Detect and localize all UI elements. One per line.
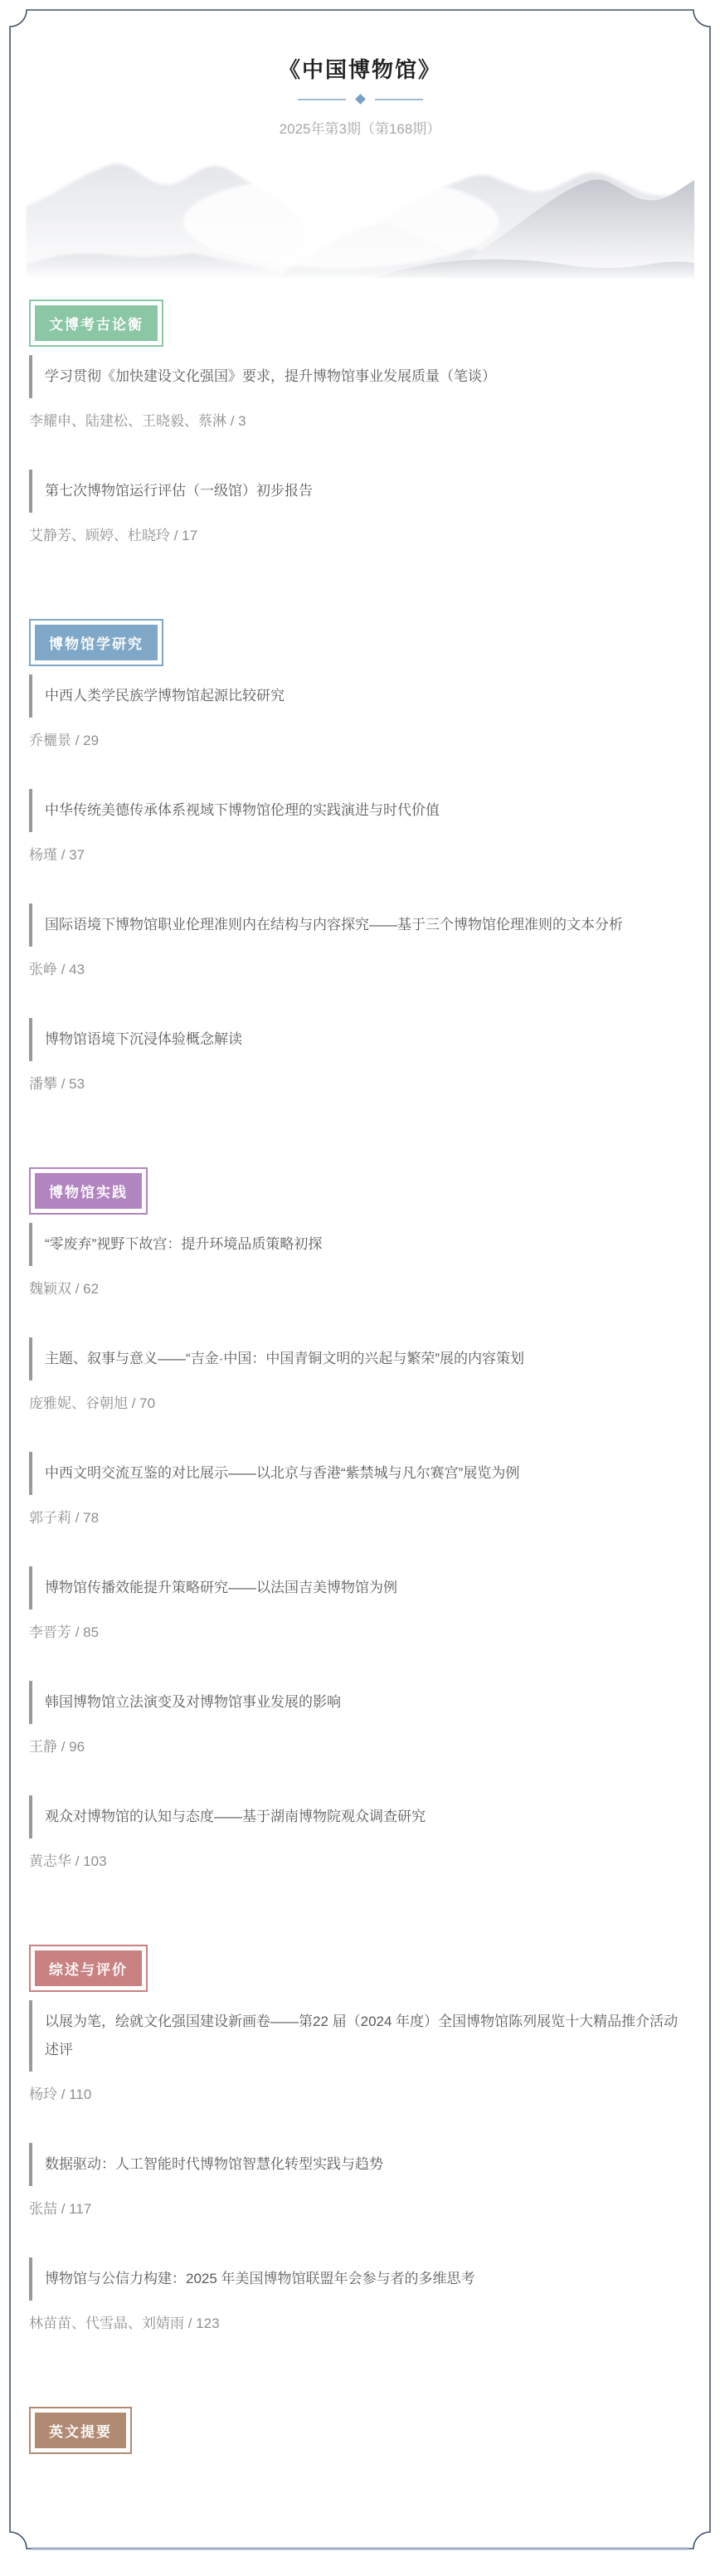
section-museology-research: 博物馆学研究 中西人类学民族学博物馆起源比较研究 乔欐景 / 29 中华传统美德… (29, 619, 691, 1094)
article-authors: 杨瑾 / 37 (29, 845, 691, 865)
section-badge-label: 文博考古论衡 (35, 305, 158, 341)
article-authors: 乔欐景 / 29 (29, 731, 691, 751)
article-title: 博物馆传播效能提升策略研究——以法国吉美博物馆为例 (29, 1566, 691, 1609)
toc-article: 学习贯彻《加快建设文化强国》要求，提升博物馆事业发展质量（笔谈） 李耀申、陆建松… (29, 355, 691, 431)
section-badge-review-evaluation: 综述与评价 (29, 1945, 148, 1992)
toc-article: 观众对博物馆的认知与态度——基于湖南博物院观众调查研究 黄志华 / 103 (29, 1795, 691, 1872)
mountain-artwork (26, 135, 694, 278)
article-authors: 张峥 / 43 (29, 960, 691, 980)
journal-header: 《中国博物馆》 2025年第3期（第168期） (0, 53, 720, 138)
article-authors: 林苗苗、代雪晶、刘婧雨 / 123 (29, 2314, 691, 2334)
article-authors: 魏颖双 / 62 (29, 1279, 691, 1299)
article-title: 博物馆语境下沉浸体验概念解读 (29, 1018, 691, 1061)
article-title: 中西人类学民族学博物馆起源比较研究 (29, 674, 691, 718)
section-english-abstracts: 英文提要 (29, 2407, 691, 2454)
article-title: 学习贯彻《加快建设文化强国》要求，提升博物馆事业发展质量（笔谈） (29, 355, 691, 398)
article-title: 中华传统美德传承体系视域下博物馆伦理的实践演进与时代价值 (29, 789, 691, 832)
toc-article: 数据驱动：人工智能时代博物馆智慧化转型实践与趋势 张喆 / 117 (29, 2143, 691, 2219)
section-badge-label: 博物馆学研究 (35, 625, 158, 660)
article-authors: 王静 / 96 (29, 1737, 691, 1757)
section-badge-label: 英文提要 (35, 2413, 126, 2448)
article-authors: 李晋芳 / 85 (29, 1623, 691, 1643)
diamond-icon (355, 94, 366, 105)
section-badge-culture-archaeology: 文博考古论衡 (29, 299, 163, 347)
section-museum-practice: 博物馆实践 “零废弃”视野下故宫：提升环境品质策略初探 魏颖双 / 62 主题、… (29, 1167, 691, 1872)
section-badge-label: 博物馆实践 (35, 1173, 142, 1209)
toc-article: 第七次博物馆运行评估（一级馆）初步报告 艾静芳、顾婷、杜晓玲 / 17 (29, 470, 691, 546)
title-divider (0, 95, 720, 103)
journal-title: 《中国博物馆》 (0, 53, 720, 84)
section-review-evaluation: 综述与评价 以展为笔，绘就文化强国建设新画卷——第22 届（2024 年度）全国… (29, 1945, 691, 2334)
article-title: 韩国博物馆立法演变及对博物馆事业发展的影响 (29, 1681, 691, 1724)
divider-line-right (375, 99, 423, 100)
article-title: 观众对博物馆的认知与态度——基于湖南博物院观众调查研究 (29, 1795, 691, 1838)
section-badge-museum-practice: 博物馆实践 (29, 1167, 148, 1215)
section-badge-label: 综述与评价 (35, 1950, 142, 1986)
article-title: 数据驱动：人工智能时代博物馆智慧化转型实践与趋势 (29, 2143, 691, 2186)
toc-article: 中西人类学民族学博物馆起源比较研究 乔欐景 / 29 (29, 674, 691, 751)
article-title: 中西文明交流互鉴的对比展示——以北京与香港“紫禁城与凡尔赛宫”展览为例 (29, 1452, 691, 1495)
toc-article: 中华传统美德传承体系视域下博物馆伦理的实践演进与时代价值 杨瑾 / 37 (29, 789, 691, 865)
article-title: 主题、叙事与意义——“吉金·中国：中国青铜文明的兴起与繁荣”展的内容策划 (29, 1337, 691, 1381)
article-authors: 黄志华 / 103 (29, 1852, 691, 1872)
article-title: “零废弃”视野下故宫：提升环境品质策略初探 (29, 1223, 691, 1266)
toc-article: 博物馆传播效能提升策略研究——以法国吉美博物馆为例 李晋芳 / 85 (29, 1566, 691, 1643)
toc-article: 博物馆语境下沉浸体验概念解读 潘攀 / 53 (29, 1018, 691, 1094)
toc-article: 国际语境下博物馆职业伦理准则内在结构与内容探究——基于三个博物馆伦理准则的文本分… (29, 903, 691, 980)
article-authors: 李耀申、陆建松、王晓毅、蔡淋 / 3 (29, 411, 691, 431)
toc-article: “零废弃”视野下故宫：提升环境品质策略初探 魏颖双 / 62 (29, 1223, 691, 1299)
article-authors: 庞雅妮、谷朝旭 / 70 (29, 1394, 691, 1414)
article-title: 第七次博物馆运行评估（一级馆）初步报告 (29, 470, 691, 513)
article-title: 国际语境下博物馆职业伦理准则内在结构与内容探究——基于三个博物馆伦理准则的文本分… (29, 903, 691, 947)
article-authors: 张喆 / 117 (29, 2199, 691, 2219)
section-badge-museology-research: 博物馆学研究 (29, 619, 163, 666)
article-authors: 艾静芳、顾婷、杜晓玲 / 17 (29, 526, 691, 546)
section-culture-archaeology-review: 文博考古论衡 学习贯彻《加快建设文化强国》要求，提升博物馆事业发展质量（笔谈） … (29, 299, 691, 546)
toc-article: 中西文明交流互鉴的对比展示——以北京与香港“紫禁城与凡尔赛宫”展览为例 郭子莉 … (29, 1452, 691, 1528)
toc-article: 主题、叙事与意义——“吉金·中国：中国青铜文明的兴起与繁荣”展的内容策划 庞雅妮… (29, 1337, 691, 1414)
section-badge-english-abstracts: 英文提要 (29, 2407, 132, 2454)
toc-article: 韩国博物馆立法演变及对博物馆事业发展的影响 王静 / 96 (29, 1681, 691, 1757)
toc-content: 文博考古论衡 学习贯彻《加快建设文化强国》要求，提升博物馆事业发展质量（笔谈） … (29, 278, 691, 2454)
mountain-illustration (26, 135, 694, 278)
article-authors: 潘攀 / 53 (29, 1074, 691, 1094)
article-authors: 杨玲 / 110 (29, 2085, 691, 2105)
toc-article: 博物馆与公信力构建：2025 年美国博物馆联盟年会参与者的多维思考 林苗苗、代雪… (29, 2257, 691, 2334)
journal-toc-card: 《中国博物馆》 2025年第3期（第168期） (0, 0, 720, 2576)
article-authors: 郭子莉 / 78 (29, 1508, 691, 1528)
toc-article: 以展为笔，绘就文化强国建设新画卷——第22 届（2024 年度）全国博物馆陈列展… (29, 2000, 691, 2105)
article-title: 以展为笔，绘就文化强国建设新画卷——第22 届（2024 年度）全国博物馆陈列展… (29, 2000, 691, 2072)
divider-line-left (298, 99, 346, 100)
article-title: 博物馆与公信力构建：2025 年美国博物馆联盟年会参与者的多维思考 (29, 2257, 691, 2301)
